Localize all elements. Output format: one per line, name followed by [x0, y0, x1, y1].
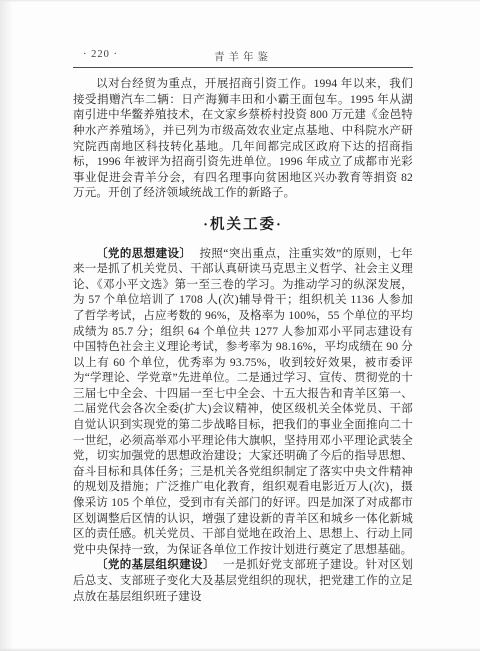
- document-page: · 220 · 青羊年鉴 以对台经贸为重点，开展招商引资工作。1994 年以来，…: [73, 0, 413, 605]
- article-heading-ideology: 〔党的思想建设〕: [96, 248, 191, 260]
- article-heading-grassroots: 〔党的基层组织建设〕: [96, 559, 215, 571]
- running-header: · 220 · 青羊年鉴: [73, 49, 413, 64]
- article-grassroots-organization: 〔党的基层组织建设〕一是抓好党支部班子建设。针对区划后总支、支部班子变化大及基层…: [73, 558, 413, 605]
- article-body-ideology: 按照“突出重点，注重实效”的原则，七年来一是抓了机关党员、干部认真研读马克思主义…: [73, 248, 413, 556]
- page-body: 以对台经贸为重点，开展招商引资工作。1994 年以来，我们接受捐赠汽车二辆：日产…: [73, 77, 413, 605]
- scanned-page: · 220 · 青羊年鉴 以对台经贸为重点，开展招商引资工作。1994 年以来，…: [0, 0, 480, 651]
- header-rule: [73, 67, 413, 68]
- book-title: 青羊年鉴: [73, 49, 413, 64]
- section-title: ·机关工委·: [73, 218, 413, 234]
- intro-paragraph: 以对台经贸为重点，开展招商引资工作。1994 年以来，我们接受捐赠汽车二辆：日产…: [73, 77, 413, 202]
- article-party-ideology: 〔党的思想建设〕按照“突出重点，注重实效”的原则，七年来一是抓了机关党员、干部认…: [73, 247, 413, 559]
- scan-edge-left: [0, 0, 13, 651]
